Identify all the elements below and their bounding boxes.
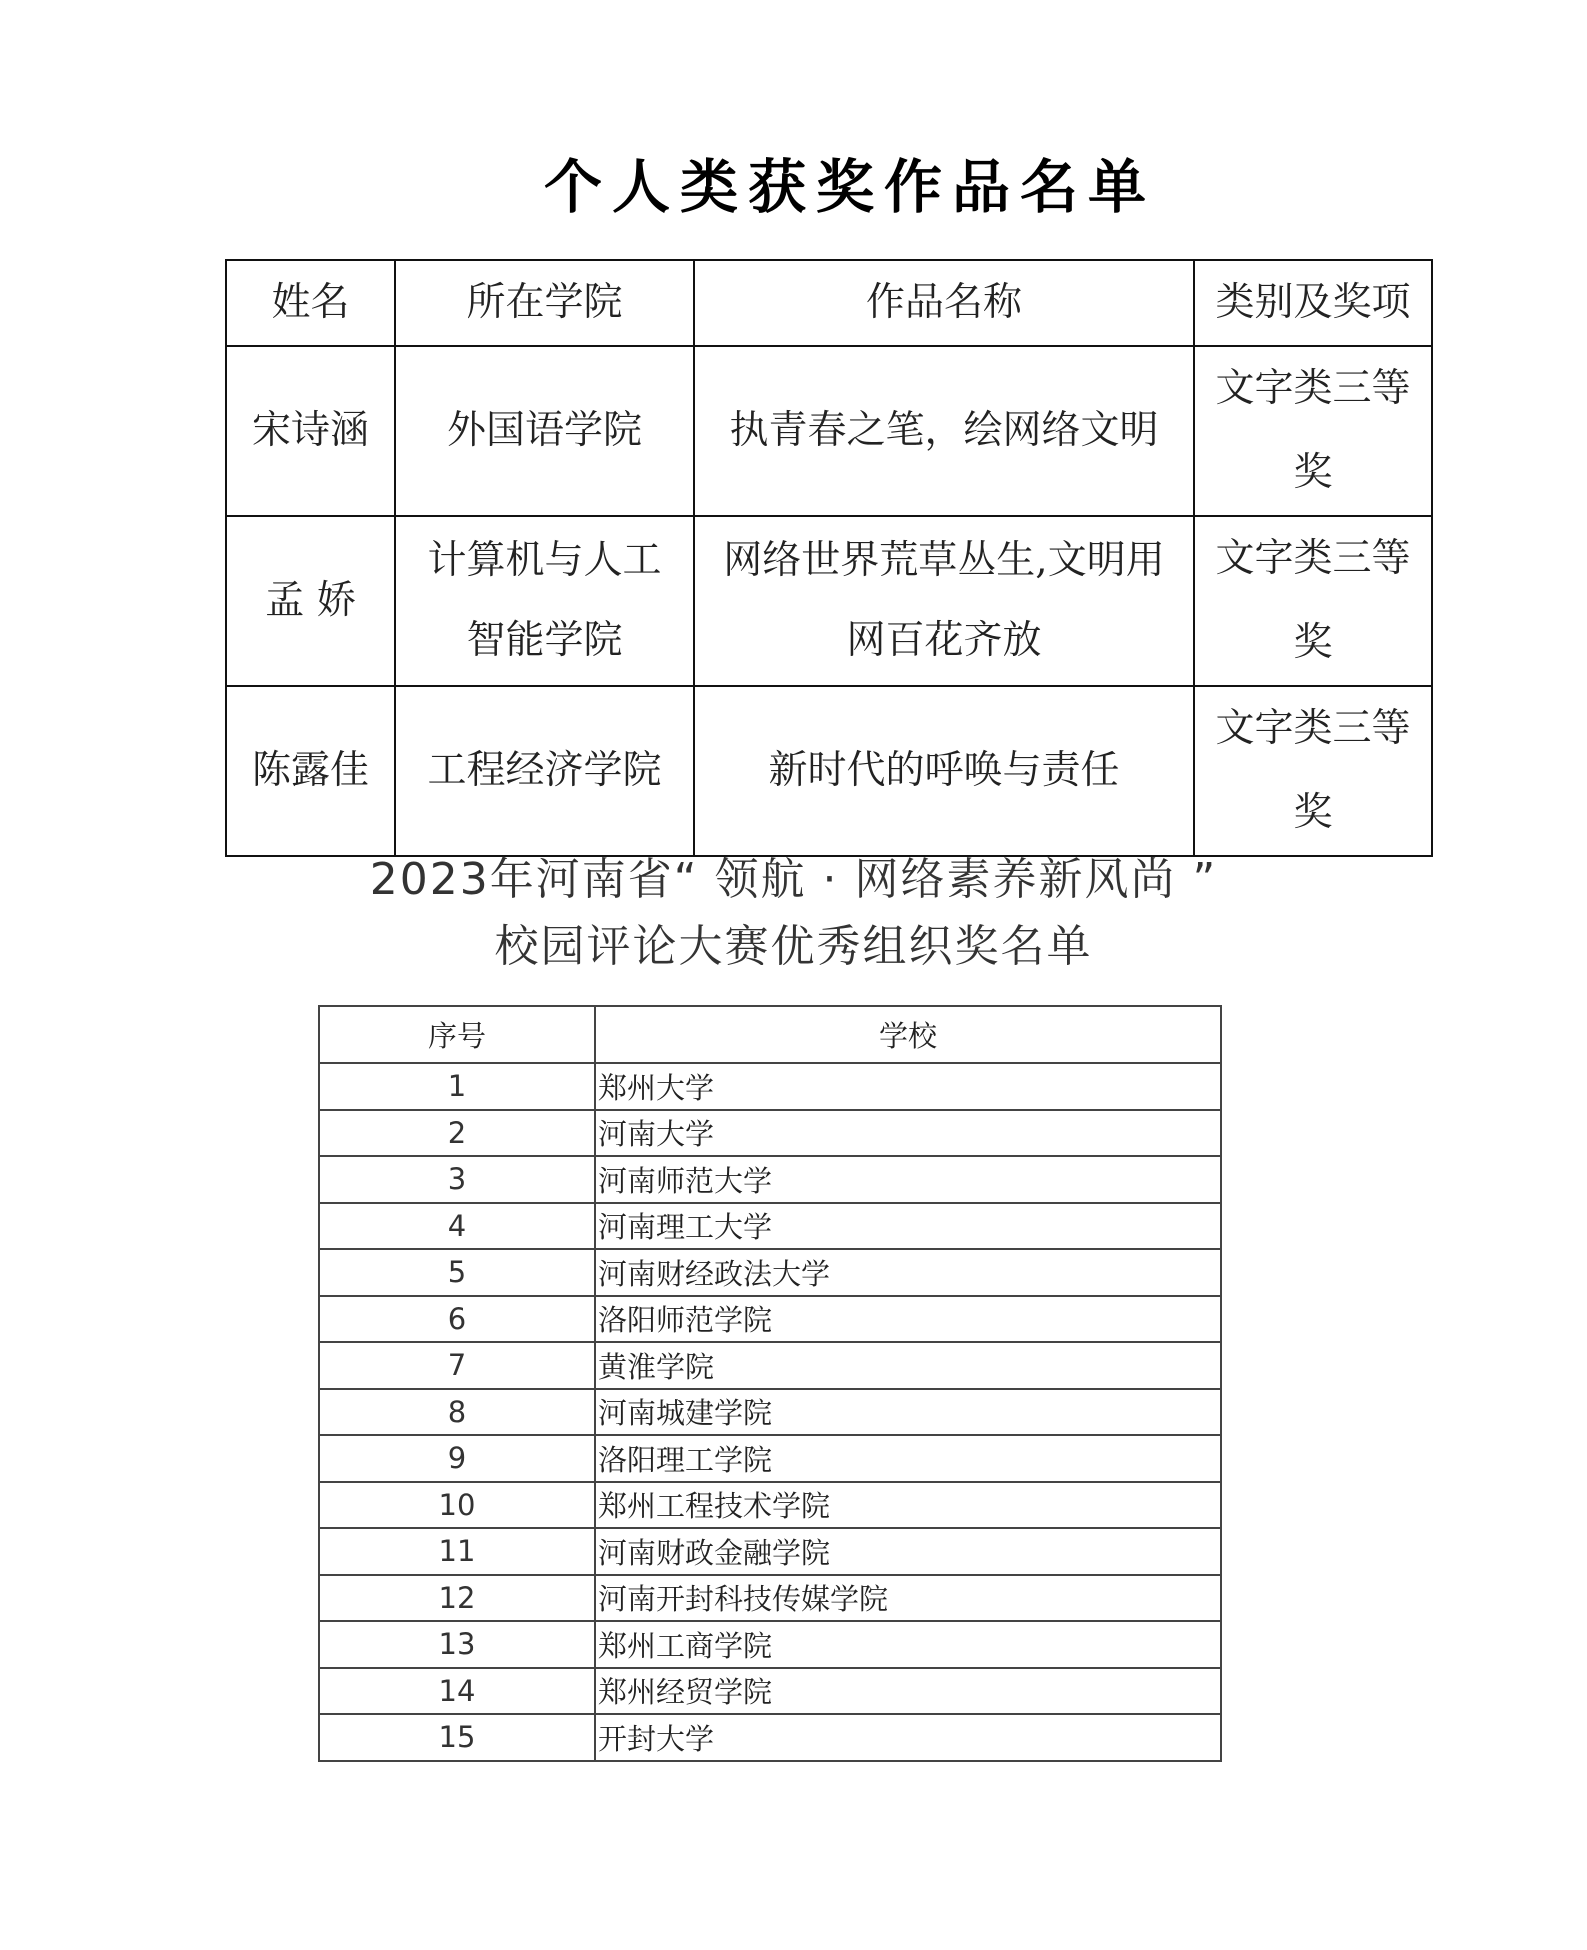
cell-school: 河南城建学院	[595, 1389, 1221, 1436]
cell-no: 11	[319, 1528, 595, 1575]
cell-no: 5	[319, 1249, 595, 1296]
cell-school: 开封大学	[595, 1714, 1221, 1761]
table-row: 12河南开封科技传媒学院	[319, 1575, 1221, 1622]
table-row: 10郑州工程技术学院	[319, 1482, 1221, 1529]
table-row: 14郑州经贸学院	[319, 1668, 1221, 1715]
organization-awards-table: 序号 学校 1郑州大学 2河南大学 3河南师范大学 4河南理工大学 5河南财经政…	[318, 1005, 1222, 1762]
individual-awards-table: 姓名 所在学院 作品名称 类别及奖项 宋诗涵 外国语学院 执青春之笔，绘网络文明…	[225, 259, 1433, 857]
cell-school: 洛阳理工学院	[595, 1435, 1221, 1482]
cell-school: 郑州经贸学院	[595, 1668, 1221, 1715]
table-row: 15开封大学	[319, 1714, 1221, 1761]
cell-school: 河南师范大学	[595, 1156, 1221, 1203]
cell-award: 文字类三等奖	[1194, 346, 1432, 516]
table-row: 孟 娇 计算机与人工 智能学院 网络世界荒草丛生,文明用 网百花齐放 文字类三等…	[226, 516, 1432, 686]
cell-no: 3	[319, 1156, 595, 1203]
header-no: 序号	[319, 1006, 595, 1063]
cell-work-line: 网百花齐放	[701, 601, 1187, 681]
header-work: 作品名称	[694, 260, 1194, 346]
cell-no: 7	[319, 1342, 595, 1389]
cell-name: 陈露佳	[226, 686, 395, 856]
cell-college: 外国语学院	[395, 346, 694, 516]
individual-awards-title: 个人类获奖作品名单	[0, 140, 1587, 224]
cell-work: 执青春之笔，绘网络文明	[694, 346, 1194, 516]
cell-work-line: 网络世界荒草丛生,文明用	[701, 521, 1187, 601]
organization-award-title-line2: 校园评论大赛优秀组织奖名单	[0, 910, 1587, 974]
table-row: 7黄淮学院	[319, 1342, 1221, 1389]
cell-no: 9	[319, 1435, 595, 1482]
organization-award-title-line1: 2023年河南省“ 领航 · 网络素养新风尚 ”	[0, 843, 1587, 907]
cell-no: 4	[319, 1203, 595, 1250]
cell-no: 8	[319, 1389, 595, 1436]
table-row: 5河南财经政法大学	[319, 1249, 1221, 1296]
table-row: 1郑州大学	[319, 1063, 1221, 1110]
header-award: 类别及奖项	[1194, 260, 1432, 346]
cell-school: 郑州工商学院	[595, 1621, 1221, 1668]
cell-no: 15	[319, 1714, 595, 1761]
cell-name: 孟 娇	[226, 516, 395, 686]
table-header-row: 序号 学校	[319, 1006, 1221, 1063]
table-row: 11河南财政金融学院	[319, 1528, 1221, 1575]
cell-college: 工程经济学院	[395, 686, 694, 856]
cell-no: 2	[319, 1110, 595, 1157]
cell-college: 计算机与人工 智能学院	[395, 516, 694, 686]
cell-school: 河南大学	[595, 1110, 1221, 1157]
table-row: 4河南理工大学	[319, 1203, 1221, 1250]
cell-school: 河南财政金融学院	[595, 1528, 1221, 1575]
cell-school: 郑州大学	[595, 1063, 1221, 1110]
cell-school: 郑州工程技术学院	[595, 1482, 1221, 1529]
table-row: 2河南大学	[319, 1110, 1221, 1157]
cell-college-line: 智能学院	[402, 601, 687, 681]
cell-award: 文字类三等奖	[1194, 516, 1432, 686]
cell-no: 1	[319, 1063, 595, 1110]
header-name: 姓名	[226, 260, 395, 346]
cell-no: 6	[319, 1296, 595, 1343]
cell-no: 13	[319, 1621, 595, 1668]
table-row: 宋诗涵 外国语学院 执青春之笔，绘网络文明 文字类三等奖	[226, 346, 1432, 516]
cell-award: 文字类三等奖	[1194, 686, 1432, 856]
cell-school: 河南理工大学	[595, 1203, 1221, 1250]
header-college: 所在学院	[395, 260, 694, 346]
cell-no: 10	[319, 1482, 595, 1529]
cell-no: 14	[319, 1668, 595, 1715]
table-row: 9洛阳理工学院	[319, 1435, 1221, 1482]
cell-school: 河南财经政法大学	[595, 1249, 1221, 1296]
cell-work: 网络世界荒草丛生,文明用 网百花齐放	[694, 516, 1194, 686]
cell-school: 河南开封科技传媒学院	[595, 1575, 1221, 1622]
cell-no: 12	[319, 1575, 595, 1622]
cell-name: 宋诗涵	[226, 346, 395, 516]
table-row: 3河南师范大学	[319, 1156, 1221, 1203]
table-row: 8河南城建学院	[319, 1389, 1221, 1436]
table-row: 陈露佳 工程经济学院 新时代的呼唤与责任 文字类三等奖	[226, 686, 1432, 856]
cell-work: 新时代的呼唤与责任	[694, 686, 1194, 856]
cell-school: 洛阳师范学院	[595, 1296, 1221, 1343]
table-row: 13郑州工商学院	[319, 1621, 1221, 1668]
table-header-row: 姓名 所在学院 作品名称 类别及奖项	[226, 260, 1432, 346]
table-row: 6洛阳师范学院	[319, 1296, 1221, 1343]
cell-college-line: 计算机与人工	[402, 521, 687, 601]
header-school: 学校	[595, 1006, 1221, 1063]
cell-school: 黄淮学院	[595, 1342, 1221, 1389]
